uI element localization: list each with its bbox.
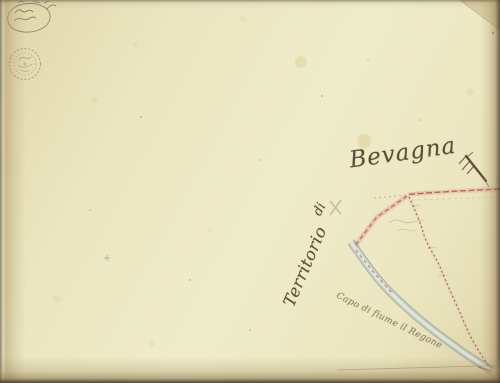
small-cross-mark	[104, 255, 110, 261]
parcel-left-boundary	[354, 196, 407, 247]
corner-fold	[460, 0, 500, 30]
paper-stains	[53, 16, 494, 347]
map-sheet: Territorio di Bevagna Capo di fiume il R…	[0, 0, 500, 383]
top-boundary-line	[371, 189, 500, 201]
oval-shelfmark-inscription	[8, 1, 56, 32]
bottom-fold-line	[337, 366, 497, 372]
map-drawing-layer	[0, 0, 500, 383]
round-library-stamp	[10, 49, 41, 80]
